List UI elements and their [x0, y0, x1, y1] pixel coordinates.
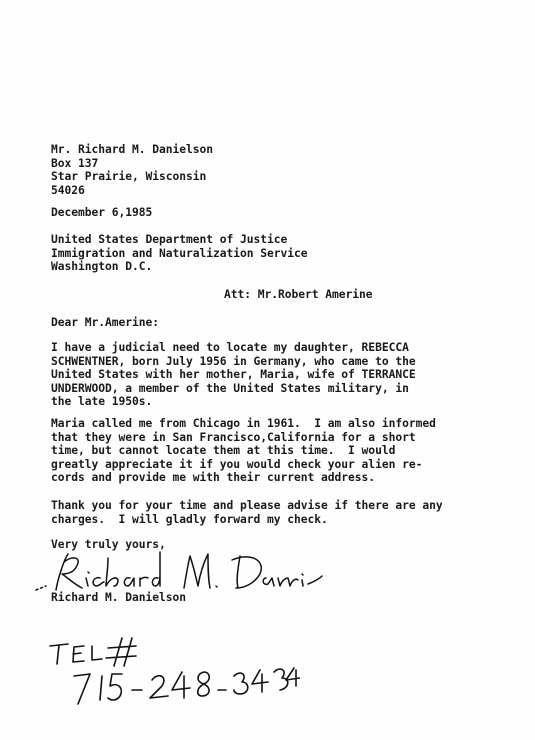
paragraph-line: the late 1950s. — [51, 395, 152, 408]
body-paragraph: I have a judicial need to locate my daug… — [51, 341, 416, 409]
handwritten-phone-note — [40, 632, 300, 712]
paragraph-line: Thank you for your time and please advis… — [51, 499, 443, 512]
paragraph-line: cords and provide me with their current … — [51, 471, 375, 484]
paragraph-line: greatly appreciate it if you would check… — [51, 458, 422, 471]
sender-address: Mr. Richard M. Danielson Box 137 Star Pr… — [51, 143, 213, 197]
signer-name: Richard M. Danielson — [51, 591, 186, 605]
sender-address-line: 54026 — [51, 184, 85, 197]
recipient-line: United States Department of Justice — [51, 233, 287, 246]
attention-line: Att: Mr.Robert Amerine — [224, 288, 373, 302]
recipient-line: Immigration and Naturalization Service — [51, 247, 308, 260]
paragraph-line: time, but cannot locate them at this tim… — [51, 444, 395, 457]
paragraph-line: UNDERWOOD, a member of the United States… — [51, 382, 409, 395]
sender-name: Mr. Richard M. Danielson — [51, 143, 213, 156]
letter-date: December 6,1985 — [51, 206, 152, 220]
sender-address-line: Star Prairie, Wisconsin — [51, 170, 206, 183]
paragraph-line: that they were in San Francisco,Californ… — [51, 431, 416, 444]
paragraph-line: Maria called me from Chicago in 1961. I … — [51, 417, 436, 430]
body-paragraph: Thank you for your time and please advis… — [51, 499, 443, 526]
paragraph-line: I have a judicial need to locate my daug… — [51, 341, 409, 354]
paragraph-line: charges. I will gladly forward my check. — [51, 513, 328, 526]
sender-address-line: Box 137 — [51, 157, 98, 170]
recipient-address: United States Department of Justice Immi… — [51, 233, 308, 274]
salutation: Dear Mr.Amerine: — [51, 316, 159, 330]
paragraph-line: United States with her mother, Maria, wi… — [51, 368, 416, 381]
paragraph-line: SCHWENTNER, born July 1956 in Germany, w… — [51, 355, 416, 368]
body-paragraph: Maria called me from Chicago in 1961. I … — [51, 417, 436, 485]
recipient-line: Washington D.C. — [51, 260, 152, 273]
letter-page: Mr. Richard M. Danielson Box 137 Star Pr… — [0, 0, 535, 740]
